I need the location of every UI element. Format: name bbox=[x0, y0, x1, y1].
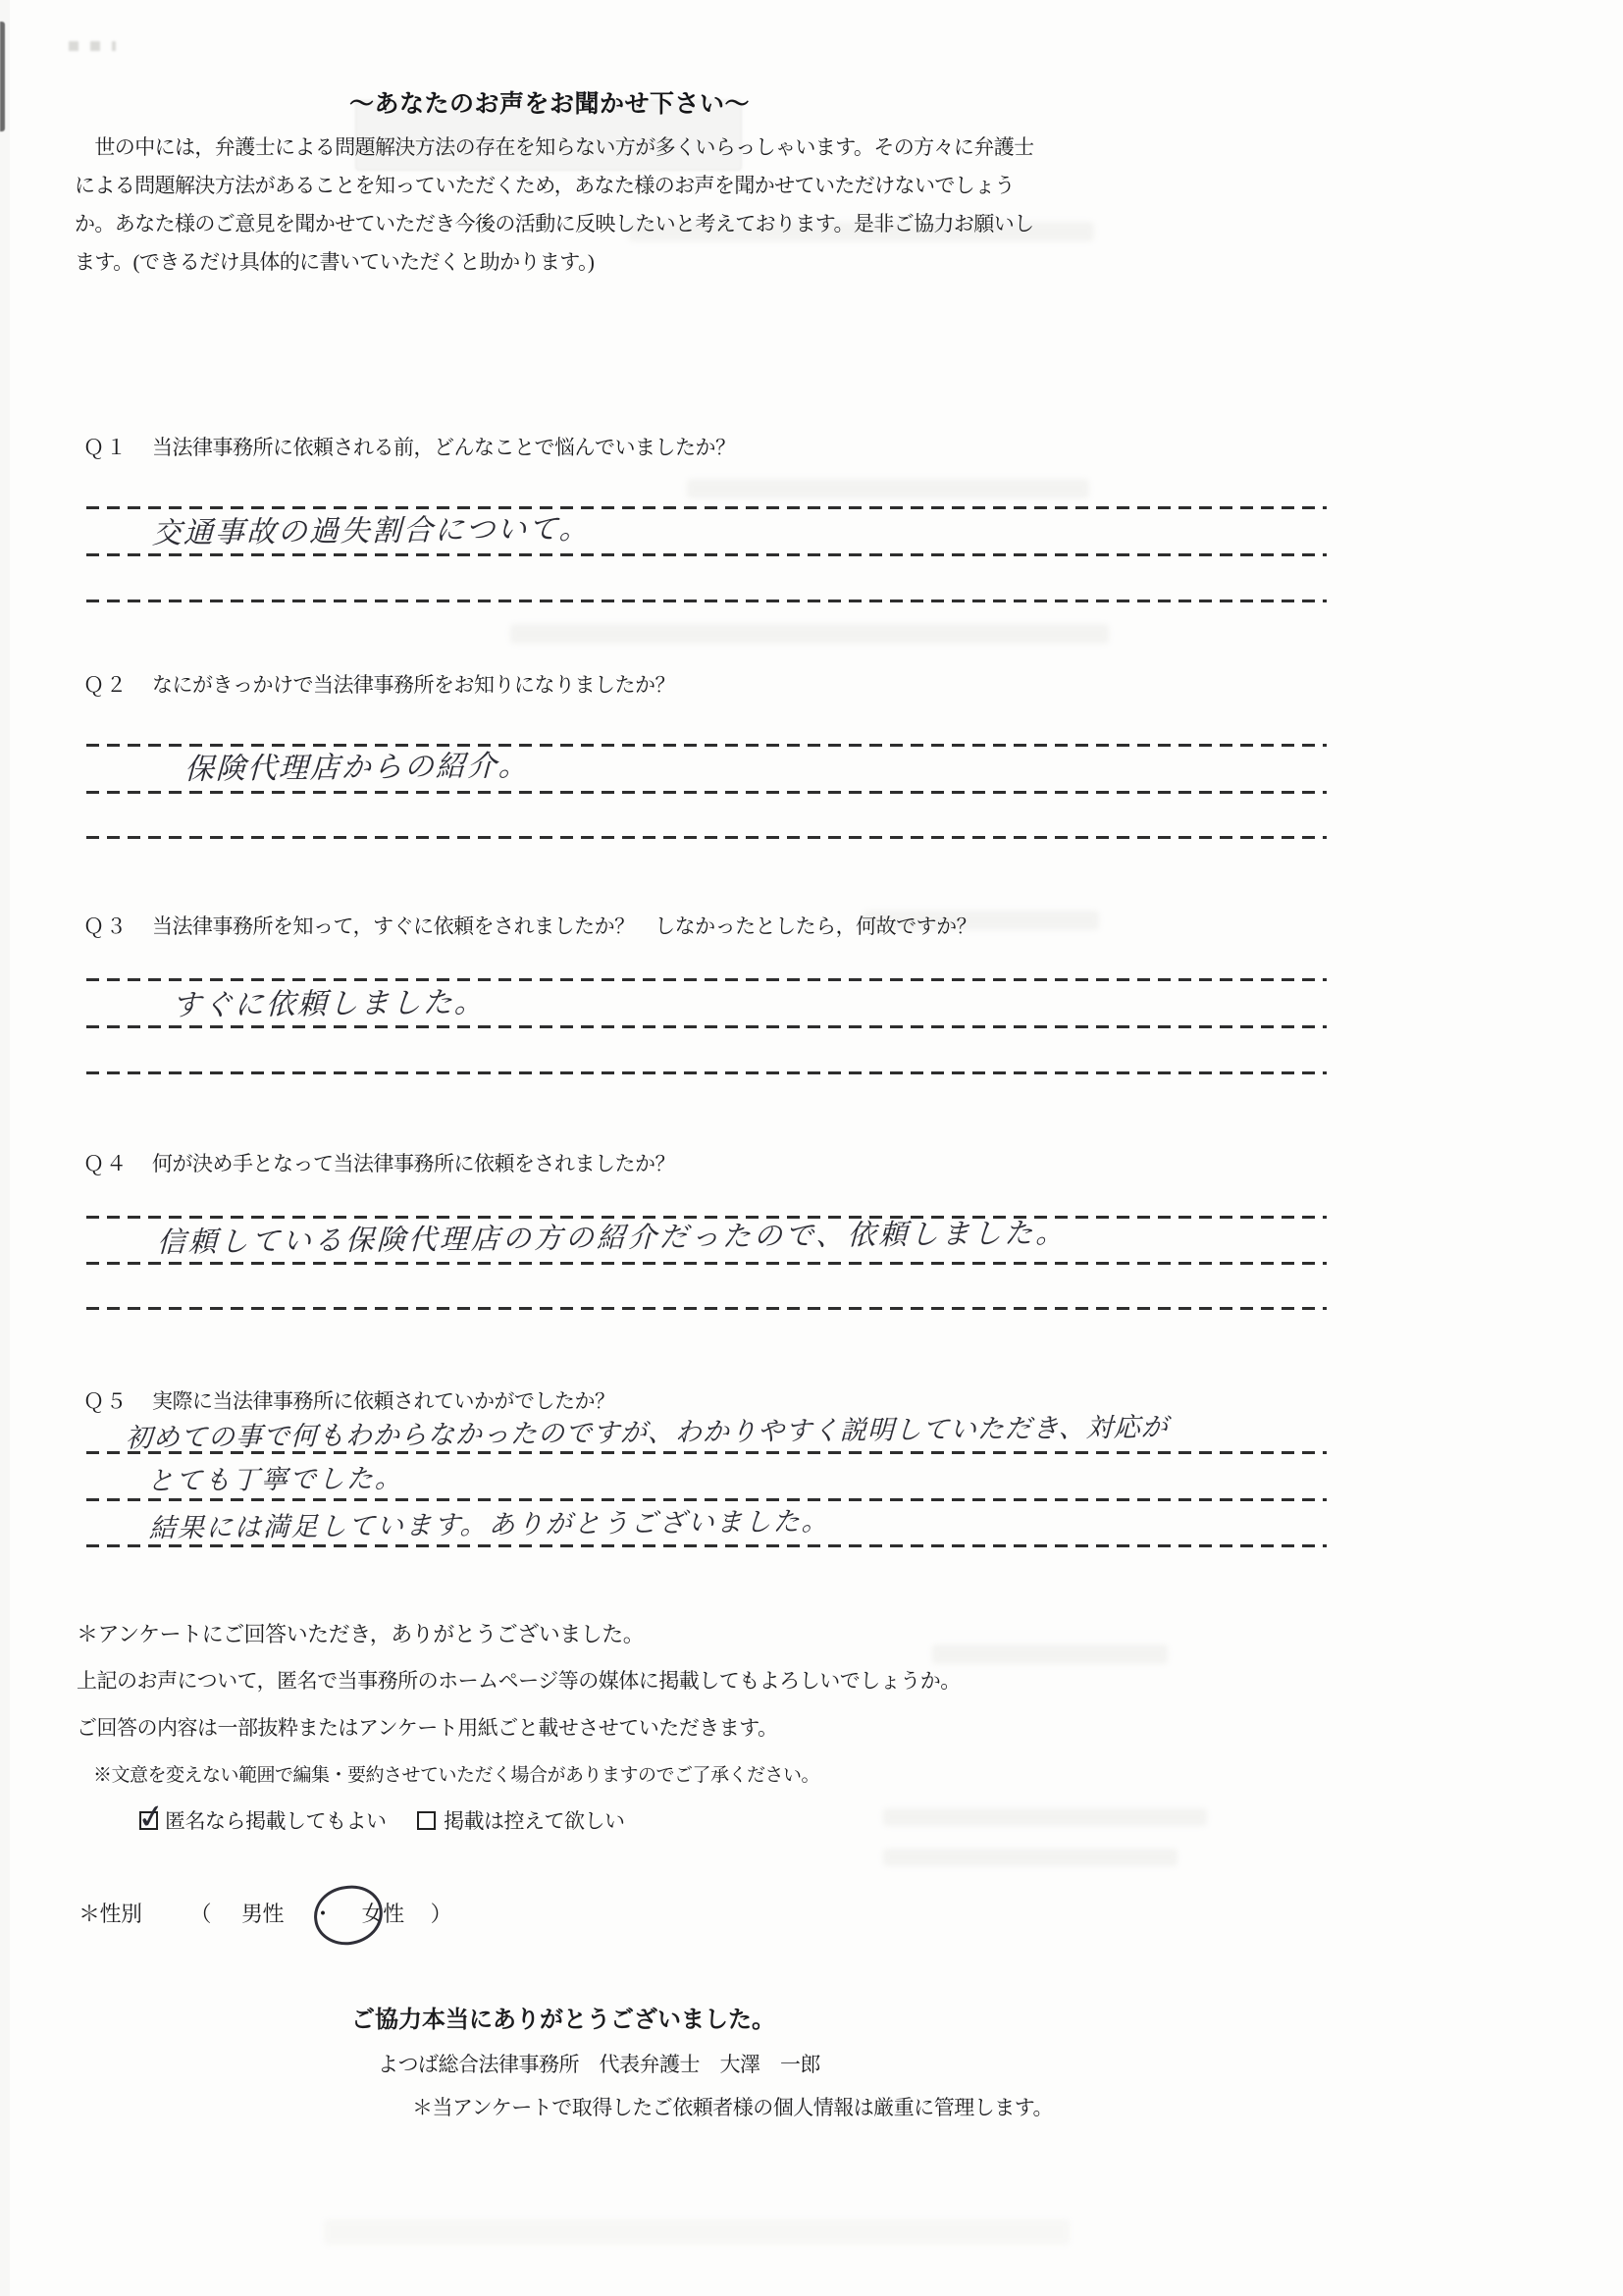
gender-row: ＊性別 （ 男性 ・ 女性 ） bbox=[79, 1898, 451, 1928]
answer-line bbox=[86, 791, 1327, 794]
answer-line bbox=[86, 1262, 1327, 1265]
question-row-q5: Ｑ５実際に当法律事務所に依頼されていかがでしたか？ bbox=[83, 1385, 615, 1415]
closing-permission-line1: 上記のお声について，匿名で当事務所のホームページ等の媒体に掲載してもよろしいでし… bbox=[77, 1665, 961, 1695]
question-row-q1: Ｑ１当法律事務所に依頼される前，どんなことで悩んでいましたか？ bbox=[83, 432, 736, 461]
scan-edge-shadow bbox=[0, 0, 10, 2296]
bleed-through-artifact bbox=[324, 2219, 1070, 2245]
handwritten-answer: 結果には満足しています。ありがとうございました。 bbox=[149, 1499, 831, 1544]
scan-edge-mark bbox=[0, 22, 5, 131]
decline-label: 掲載は控えて欲しい bbox=[444, 1805, 625, 1835]
intro-line: による問題解決方法があることを知っていただくため，あなた様のお声を聞かせていただ… bbox=[75, 170, 1015, 199]
answer-line bbox=[86, 836, 1327, 839]
publication-choice-row: ✓ 匿名なら掲載してもよい 掲載は控えて欲しい bbox=[0, 1803, 1623, 1843]
answer-line bbox=[86, 1025, 1327, 1028]
scanned-survey-page: ～あなたのお声をお聞かせ下さい～ 世の中には，弁護士による問題解決方法の存在を知… bbox=[0, 0, 1623, 2296]
question-text: なにがきっかけで当法律事務所をお知りになりましたか？ bbox=[152, 673, 675, 697]
intro-line: 世の中には，弁護士による問題解決方法の存在を知らない方が多くいらっしゃいます。そ… bbox=[75, 131, 1034, 161]
question-text: 当法律事務所を知って，すぐに依頼をされましたか？ しなかったとしたら，何故ですか… bbox=[152, 914, 976, 938]
decline-checkbox[interactable] bbox=[417, 1811, 436, 1830]
gender-paren-open: （ bbox=[190, 1902, 212, 1926]
bleed-through-artifact bbox=[510, 624, 1109, 644]
form-title: ～あなたのお声をお聞かせ下さい～ bbox=[79, 84, 1021, 120]
handwritten-answer: 交通事故の過失割合について。 bbox=[151, 504, 591, 552]
gender-option-male: 男性 bbox=[241, 1902, 284, 1926]
intro-line: か。あなた様のご意見を聞かせていただき今後の活動に反映したいと考えております。是… bbox=[75, 208, 1034, 237]
question-text: 実際に当法律事務所に依頼されていかがでしたか？ bbox=[152, 1389, 615, 1413]
handwritten-circle-annotation bbox=[311, 1882, 387, 1949]
answer-line bbox=[86, 553, 1327, 556]
question-number: Ｑ４ bbox=[83, 1148, 152, 1177]
anonymous-ok-label: 匿名なら掲載してもよい bbox=[165, 1805, 387, 1835]
question-row-q4: Ｑ４何が決め手となって当法律事務所に依頼をされましたか？ bbox=[83, 1148, 675, 1177]
check-mark-icon: ✓ bbox=[134, 1796, 168, 1839]
handwritten-answer: 信頼している保険代理店の方の紹介だったので、依頼しました。 bbox=[157, 1211, 1068, 1261]
answer-line bbox=[86, 1544, 1327, 1547]
gender-label: ＊性別 bbox=[79, 1902, 142, 1926]
question-text: 当法律事務所に依頼される前，どんなことで悩んでいましたか？ bbox=[152, 436, 736, 459]
bleed-through-artifact bbox=[932, 1644, 1168, 1664]
scan-smudge bbox=[69, 41, 116, 51]
answer-line bbox=[86, 1071, 1327, 1074]
bleed-through-artifact bbox=[687, 479, 1089, 498]
answer-line bbox=[86, 1307, 1327, 1310]
closing-permission-line2: ご回答の内容は一部抜粋またはアンケート用紙ごと載せさせていただきます。 bbox=[77, 1712, 778, 1742]
footer-firm-line: よつば総合法律事務所 代表弁護士 大澤 一郎 bbox=[378, 2049, 820, 2078]
footer-privacy-note: ＊当アンケートで取得したご依頼者様の個人情報は厳重に管理します。 bbox=[412, 2092, 1053, 2121]
question-number: Ｑ２ bbox=[83, 669, 152, 699]
question-number: Ｑ１ bbox=[83, 432, 152, 461]
answer-line bbox=[86, 1451, 1327, 1454]
closing-thanks: ＊アンケートにご回答いただき，ありがとうございました。 bbox=[77, 1618, 644, 1648]
footer-thanks: ご協力本当にありがとうございました。 bbox=[351, 2000, 775, 2034]
intro-line: ます。(できるだけ具体的に書いていただくと助かります。) bbox=[75, 246, 594, 276]
bleed-through-artifact bbox=[883, 1849, 1178, 1866]
closing-edit-note: ※文意を変えない範囲で編集・要約させていただく場合がありますのでご了承ください。 bbox=[93, 1760, 819, 1787]
handwritten-answer: 保険代理店からの紹介。 bbox=[183, 741, 530, 788]
question-number: Ｑ３ bbox=[83, 911, 152, 940]
question-row-q2: Ｑ２なにがきっかけで当法律事務所をお知りになりましたか？ bbox=[83, 669, 675, 699]
question-text: 何が決め手となって当法律事務所に依頼をされましたか？ bbox=[152, 1152, 675, 1175]
question-row-q3: Ｑ３当法律事務所を知って，すぐに依頼をされましたか？ しなかったとしたら，何故で… bbox=[83, 911, 976, 940]
answer-line bbox=[86, 600, 1327, 602]
anonymous-ok-checkbox[interactable]: ✓ bbox=[139, 1811, 158, 1830]
handwritten-answer: とても丁寧でした。 bbox=[147, 1457, 404, 1498]
handwritten-answer: すぐに依頼しました。 bbox=[171, 977, 486, 1023]
gender-paren-close: ） bbox=[431, 1902, 452, 1926]
question-number: Ｑ５ bbox=[83, 1385, 152, 1415]
